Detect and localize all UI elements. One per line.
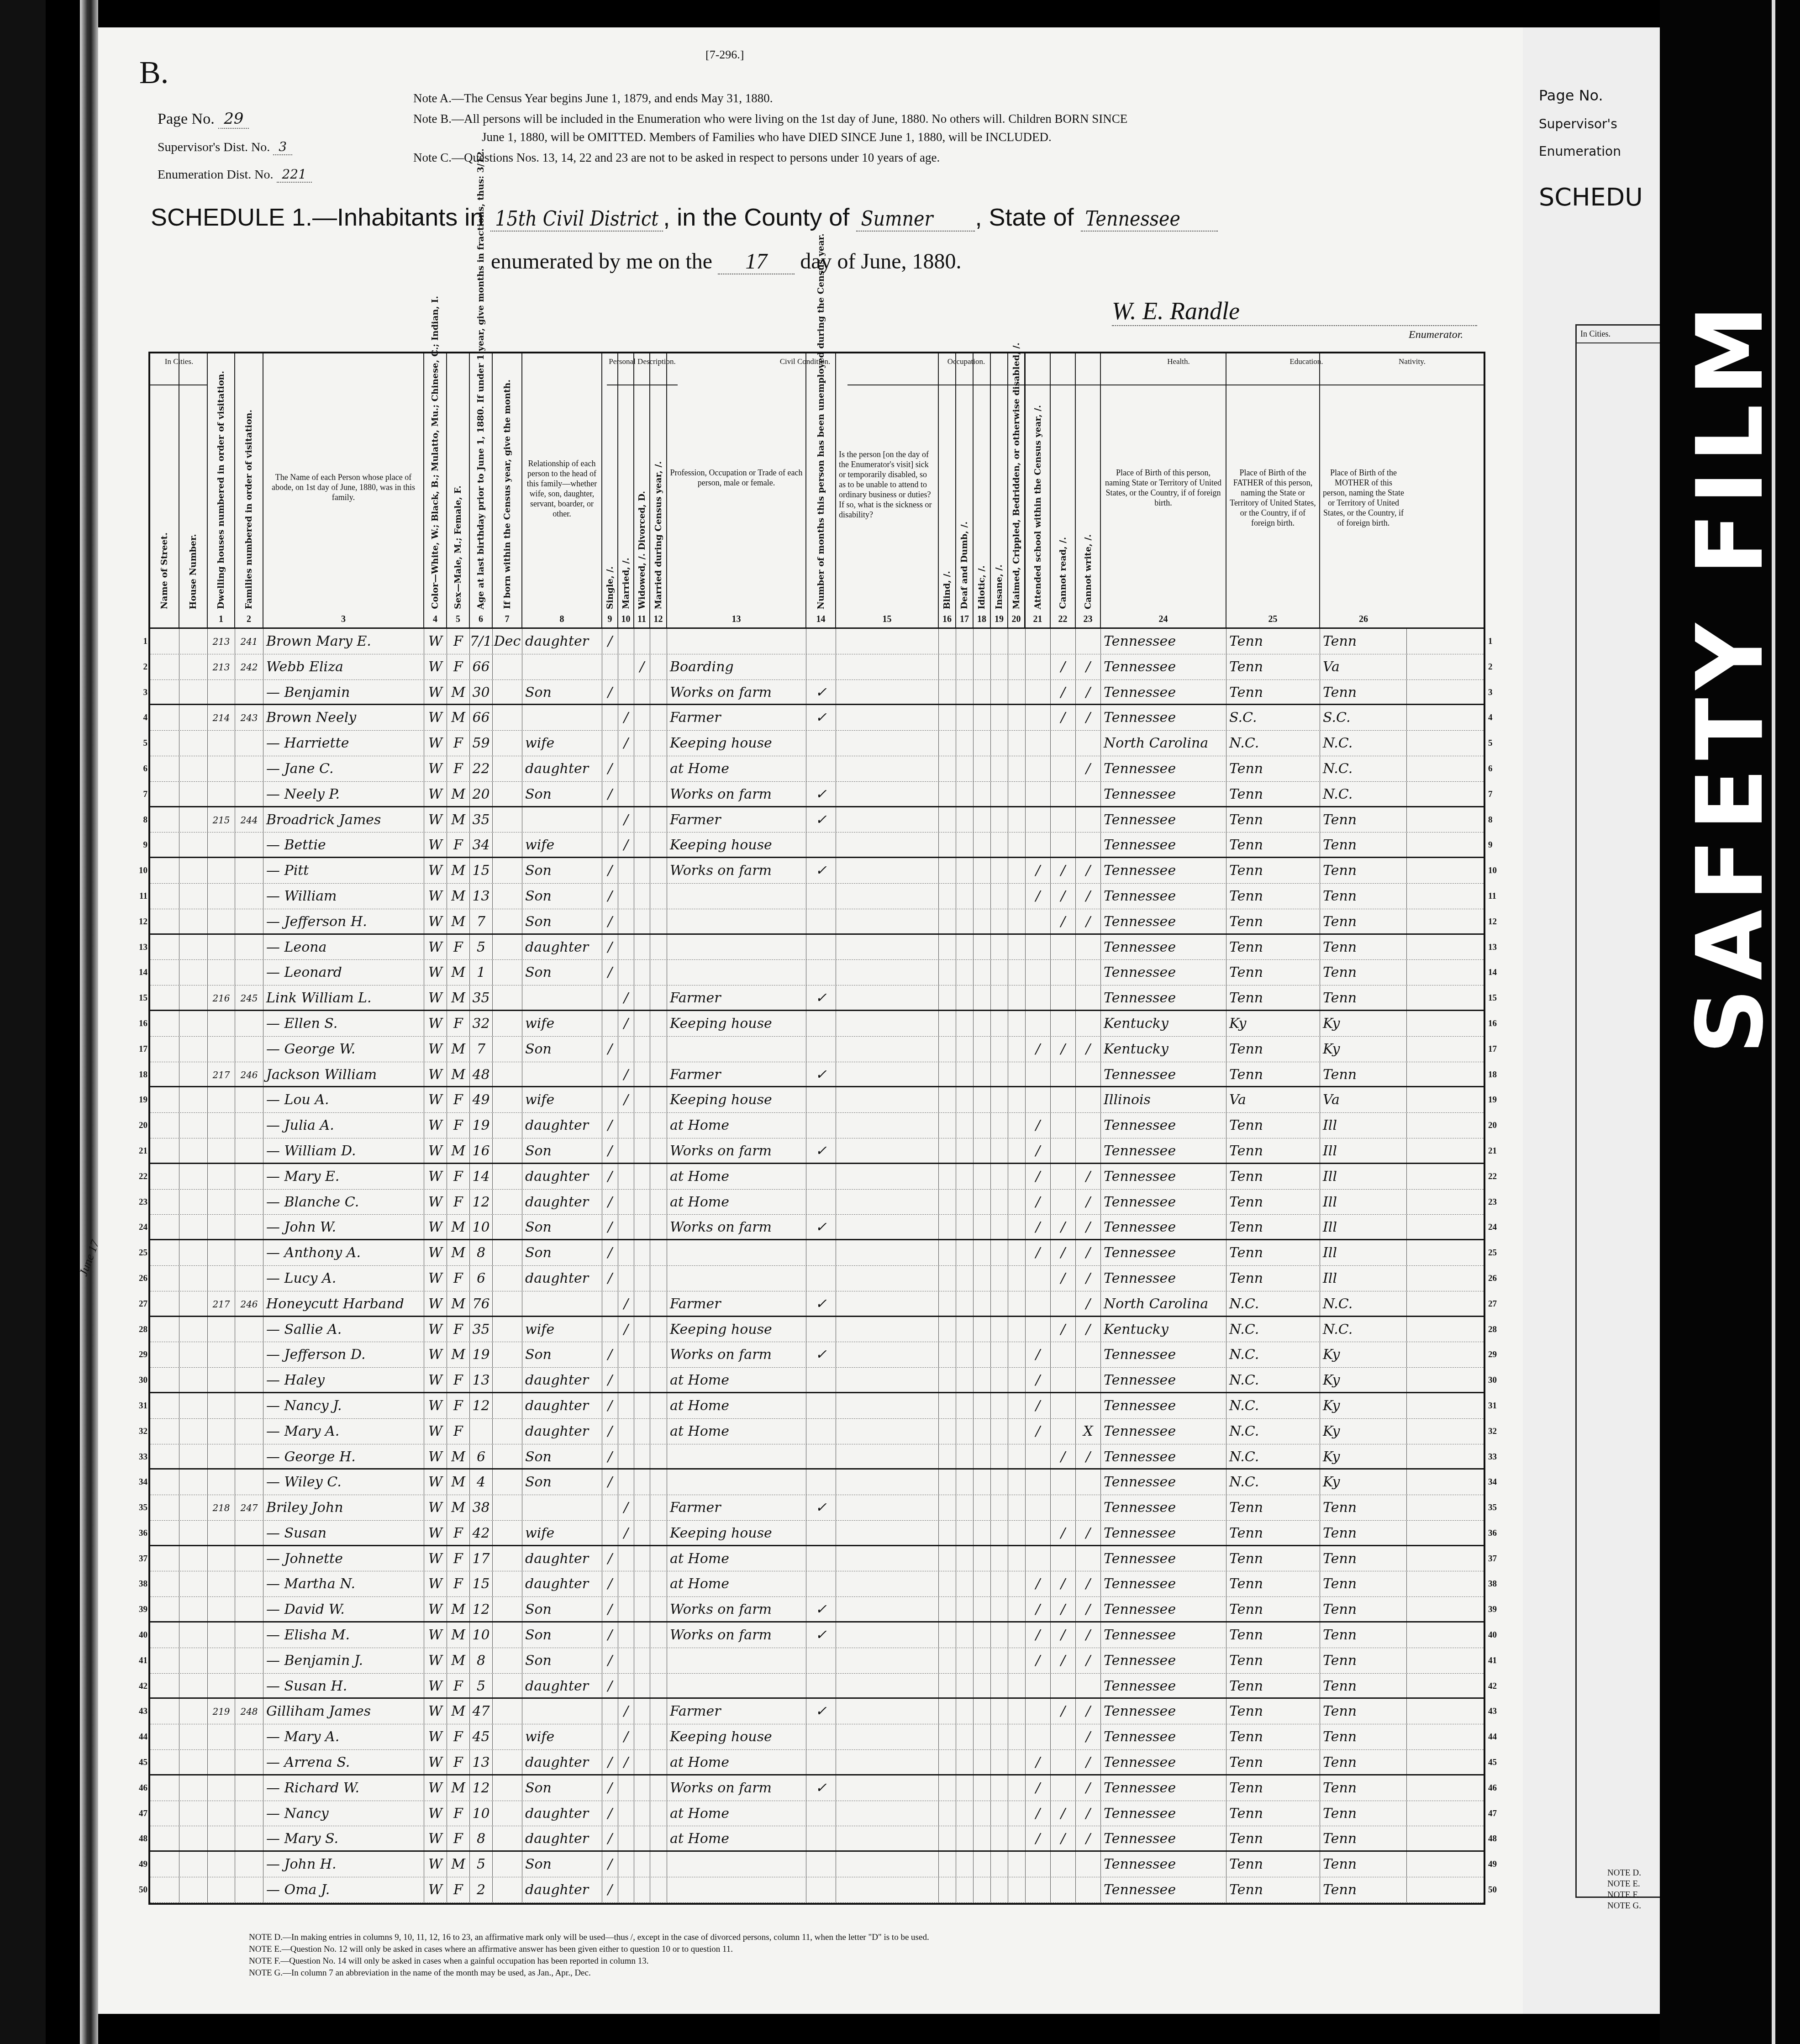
enumeration-date: enumerated by me on the 17 day of June, … [491, 249, 961, 274]
cell-birth: Tennessee [1101, 985, 1226, 1010]
cell-married: / [618, 1724, 634, 1749]
cell-single [602, 1087, 618, 1112]
cell-house [179, 1571, 208, 1596]
cell-sick [836, 1240, 939, 1265]
adjacent-table: In Cities. [1575, 324, 1661, 1898]
cell-insane [991, 1877, 1008, 1902]
cell-mcy [650, 1164, 667, 1189]
cell-dw [208, 1546, 235, 1571]
cell-mcy [650, 1062, 667, 1086]
cell-mother: Tenn [1320, 807, 1407, 832]
cell-age: 49 [470, 1087, 493, 1112]
cell-maimed [1008, 1368, 1026, 1392]
cell-write: / [1076, 680, 1101, 704]
cell-sex: M [447, 1495, 470, 1520]
cell-name: — Lou A. [263, 1087, 424, 1112]
cell-fam [235, 1801, 263, 1826]
cell-father: Tenn [1226, 985, 1320, 1010]
cell-maimed [1008, 1215, 1026, 1239]
cell-birth: Tennessee [1101, 1648, 1226, 1673]
cell-dw [208, 1648, 235, 1673]
cell-mother: Tenn [1320, 1852, 1407, 1877]
cell-mcy [650, 1291, 667, 1316]
cell-read [1051, 1393, 1076, 1418]
cell-name: — Sallie A. [263, 1317, 424, 1342]
row-number-right: 21 [1488, 1138, 1504, 1164]
cell-father: Tenn [1226, 1750, 1320, 1774]
cell-dw [208, 1597, 235, 1621]
cell-widowed [634, 1571, 650, 1596]
col-relationship: Relationship of each person to the head … [522, 353, 602, 627]
row-number: 24 [132, 1215, 147, 1240]
cell-father: Tenn [1226, 1648, 1320, 1673]
cell-street [150, 1623, 179, 1648]
cell-unemp: ✓ [806, 1342, 836, 1367]
table-row: 4343219248Gilliham JamesWM47/Farmer✓//Te… [150, 1699, 1484, 1724]
cell-occ [667, 1444, 806, 1469]
cell-maimed [1008, 807, 1026, 832]
row-number: 37 [132, 1546, 147, 1572]
cell-idiot [974, 832, 991, 857]
cell-father: Tenn [1226, 1240, 1320, 1265]
cell-widowed [634, 909, 650, 933]
cell-unemp [806, 1317, 836, 1342]
cell-school [1026, 1317, 1051, 1342]
cell-married [618, 1266, 634, 1291]
cell-color: W [424, 705, 447, 730]
row-number-right: 44 [1488, 1724, 1504, 1750]
row-number-right: 35 [1488, 1495, 1504, 1521]
cell-fam [235, 1724, 263, 1749]
cell-single: / [602, 1266, 618, 1291]
cell-occ: at Home [667, 1368, 806, 1392]
cell-deaf [956, 782, 974, 806]
cell-rel [522, 985, 602, 1010]
cell-name: — Arrena S. [263, 1750, 424, 1774]
enumeration-dist: Enumeration Dist. No. 221 [158, 167, 312, 182]
cell-street [150, 680, 179, 704]
cell-street [150, 1113, 179, 1138]
cell-mother: Ky [1320, 1393, 1407, 1418]
cell-sick [836, 756, 939, 781]
cell-house [179, 1546, 208, 1571]
cell-maimed [1008, 1521, 1026, 1545]
adjacent-enumeration-label: Enumeration [1539, 144, 1621, 159]
cell-name: — David W. [263, 1597, 424, 1621]
cell-write: / [1076, 1597, 1101, 1621]
cell-widowed [634, 1877, 650, 1902]
cell-street [150, 960, 179, 985]
cell-mcy [650, 807, 667, 832]
cell-fam [235, 1393, 263, 1418]
cell-idiot [974, 935, 991, 960]
cell-idiot [974, 1699, 991, 1724]
cell-write: / [1076, 1623, 1101, 1648]
cell-deaf [956, 1571, 974, 1596]
col-unemployed: Number of months this person has been un… [806, 353, 836, 627]
cell-house [179, 807, 208, 832]
cell-rel: Son [522, 1775, 602, 1801]
cell-blind [939, 1317, 956, 1342]
cell-deaf [956, 1623, 974, 1648]
cell-single [602, 731, 618, 756]
row-number: 31 [132, 1393, 147, 1419]
cell-month [493, 1750, 522, 1774]
cell-house [179, 1368, 208, 1392]
row-number: 6 [132, 756, 147, 782]
cell-sex: M [447, 858, 470, 883]
cell-school [1026, 985, 1051, 1010]
cell-married [618, 1444, 634, 1469]
row-number: 50 [132, 1877, 147, 1903]
cell-street [150, 1750, 179, 1774]
cell-write: / [1076, 1648, 1101, 1673]
cell-write [1076, 1852, 1101, 1877]
cell-maimed [1008, 1826, 1026, 1850]
cell-father: Va [1226, 1087, 1320, 1112]
cell-sex: M [447, 1623, 470, 1648]
cell-mother: Tenn [1320, 1724, 1407, 1749]
cell-dw [208, 884, 235, 909]
cell-idiot [974, 629, 991, 654]
cell-name: — Mary E. [263, 1164, 424, 1189]
cell-house [179, 1011, 208, 1036]
cell-month [493, 1113, 522, 1138]
cell-age: 13 [470, 1750, 493, 1774]
cell-widowed [634, 935, 650, 960]
cell-birth: Kentucky [1101, 1011, 1226, 1036]
cell-father: Tenn [1226, 1138, 1320, 1163]
cell-mcy [650, 782, 667, 806]
cell-mother: Tenn [1320, 1750, 1407, 1774]
cell-mcy [650, 1317, 667, 1342]
cell-maimed [1008, 1495, 1026, 1520]
cell-read [1051, 756, 1076, 781]
cell-house [179, 782, 208, 806]
cell-rel [522, 1699, 602, 1724]
cell-sick [836, 1775, 939, 1801]
row-number-right: 24 [1488, 1215, 1504, 1240]
cell-color: W [424, 1240, 447, 1265]
cell-sex: F [447, 1087, 470, 1112]
cell-age: 2 [470, 1877, 493, 1902]
cell-fam: 243 [235, 705, 263, 730]
cell-dw [208, 1623, 235, 1648]
cell-mother: Tenn [1320, 1521, 1407, 1545]
cell-widowed [634, 1062, 650, 1086]
cell-unemp [806, 1419, 836, 1444]
cell-unemp [806, 654, 836, 680]
cell-occ: at Home [667, 1113, 806, 1138]
note-a: Note A.—The Census Year begins June 1, 1… [413, 91, 773, 105]
note-f: NOTE F.—Question No. 14 will only be ask… [249, 1955, 929, 1967]
cell-insane [991, 1266, 1008, 1291]
cell-month [493, 1623, 522, 1648]
cell-fam [235, 756, 263, 781]
cell-sick [836, 654, 939, 680]
cell-age: 48 [470, 1062, 493, 1086]
cell-father: Tenn [1226, 1801, 1320, 1826]
row-number-right: 30 [1488, 1368, 1504, 1393]
cell-insane [991, 884, 1008, 909]
row-number: 32 [132, 1419, 147, 1444]
row-number: 38 [132, 1571, 147, 1597]
cell-sex: M [447, 1037, 470, 1062]
cell-age: 15 [470, 858, 493, 883]
cell-rel [522, 1495, 602, 1520]
cell-dw [208, 756, 235, 781]
row-number-right: 19 [1488, 1087, 1504, 1113]
cell-write [1076, 1393, 1101, 1418]
cell-father: Tenn [1226, 1495, 1320, 1520]
cell-father: N.C. [1226, 1368, 1320, 1392]
cell-blind [939, 705, 956, 730]
cell-name: — John W. [263, 1215, 424, 1239]
cell-school [1026, 731, 1051, 756]
cell-rel: daughter [522, 1164, 602, 1189]
cell-mother: Tenn [1320, 960, 1407, 985]
cell-age: 12 [470, 1775, 493, 1801]
cell-fam [235, 1113, 263, 1138]
cell-widowed [634, 960, 650, 985]
col-birth-month: If born within the Census year, give the… [493, 353, 522, 627]
cell-age: 7 [470, 909, 493, 933]
cell-idiot [974, 1113, 991, 1138]
cell-dw: 215 [208, 807, 235, 832]
cell-unemp: ✓ [806, 1597, 836, 1621]
cell-widowed [634, 782, 650, 806]
cell-single: / [602, 858, 618, 883]
table-row: 11213241Brown Mary E.WF7/12Decdaughter/T… [150, 629, 1484, 654]
cell-mother: Tenn [1320, 858, 1407, 883]
cell-name: Briley John [263, 1495, 424, 1520]
cell-house [179, 1674, 208, 1698]
cell-mcy [650, 1037, 667, 1062]
cell-sick [836, 807, 939, 832]
cell-occ: Boarding [667, 654, 806, 680]
cell-house [179, 1877, 208, 1902]
form-code: [7-296.] [705, 48, 744, 62]
cell-idiot [974, 1087, 991, 1112]
cell-single [602, 985, 618, 1010]
cell-street [150, 807, 179, 832]
cell-color: W [424, 1266, 447, 1291]
cell-blind [939, 1368, 956, 1392]
cell-write: / [1076, 909, 1101, 933]
cell-dw [208, 1470, 235, 1495]
cell-father: Tenn [1226, 1190, 1320, 1215]
cell-deaf [956, 1648, 974, 1673]
cell-father: S.C. [1226, 705, 1320, 730]
table-row: 4444— Mary A.WF45wife/Keeping house/Tenn… [150, 1724, 1484, 1750]
cell-mother: Tenn [1320, 1546, 1407, 1571]
row-number: 9 [132, 832, 147, 858]
table-row: 77— Neely P.WM20Son/Works on farm✓Tennes… [150, 782, 1484, 807]
cell-mother: Tenn [1320, 884, 1407, 909]
cell-deaf [956, 1087, 974, 1112]
cell-sick [836, 1342, 939, 1367]
cell-name: — Bettie [263, 832, 424, 857]
cell-write: / [1076, 1775, 1101, 1801]
cell-widowed [634, 1775, 650, 1801]
table-row: 4848— Mary S.WF8daughter/at Home///Tenne… [150, 1826, 1484, 1852]
cell-single [602, 705, 618, 730]
cell-widowed [634, 1317, 650, 1342]
cell-sex: M [447, 1062, 470, 1086]
cell-write: / [1076, 1801, 1101, 1826]
cell-month [493, 680, 522, 704]
cell-unemp [806, 1368, 836, 1392]
cell-school: / [1026, 1419, 1051, 1444]
cell-sex: F [447, 629, 470, 654]
cell-unemp [806, 731, 836, 756]
cell-idiot [974, 1342, 991, 1367]
col-blind: Blind, /.16 [939, 353, 956, 627]
cell-school [1026, 1266, 1051, 1291]
cell-occ: Farmer [667, 807, 806, 832]
cell-house [179, 1215, 208, 1239]
cell-read: / [1051, 1623, 1076, 1648]
cell-house [179, 1623, 208, 1648]
cell-idiot [974, 1368, 991, 1392]
cell-insane [991, 1037, 1008, 1062]
cell-maimed [1008, 1546, 1026, 1571]
table-row: 1414— LeonardWM1Son/TennesseeTennTenn [150, 960, 1484, 985]
cell-married: / [618, 832, 634, 857]
cell-rel: daughter [522, 1750, 602, 1774]
cell-unemp: ✓ [806, 1062, 836, 1086]
row-number: 17 [132, 1037, 147, 1062]
cell-unemp [806, 1674, 836, 1698]
col-cannot-read: Cannot read, /.22 [1051, 353, 1076, 627]
cell-father: Tenn [1226, 680, 1320, 704]
cell-house [179, 1190, 208, 1215]
cell-mcy [650, 1750, 667, 1774]
cell-age: 35 [470, 807, 493, 832]
cell-idiot [974, 1190, 991, 1215]
cell-fam: 247 [235, 1495, 263, 1520]
cell-age: 10 [470, 1623, 493, 1648]
cell-sick [836, 858, 939, 883]
cell-write [1076, 832, 1101, 857]
cell-widowed [634, 731, 650, 756]
cell-house [179, 1419, 208, 1444]
cell-mcy [650, 654, 667, 680]
cell-sick [836, 1648, 939, 1673]
row-number: 14 [132, 960, 147, 985]
cell-widowed [634, 1190, 650, 1215]
cell-idiot [974, 1597, 991, 1621]
cell-street [150, 832, 179, 857]
cell-widowed [634, 884, 650, 909]
cell-fam: 248 [235, 1699, 263, 1724]
cell-sex: F [447, 832, 470, 857]
cell-insane [991, 1801, 1008, 1826]
cell-birth: Tennessee [1101, 1801, 1226, 1826]
cell-blind [939, 1597, 956, 1621]
cell-mother: Tenn [1320, 1826, 1407, 1850]
table-row: 4747— NancyWF10daughter/at Home///Tennes… [150, 1801, 1484, 1827]
cell-school [1026, 705, 1051, 730]
cell-mcy [650, 1826, 667, 1850]
row-number: 16 [132, 1011, 147, 1037]
table-row: 4141— Benjamin J.WM8Son////TennesseeTenn… [150, 1648, 1484, 1674]
cell-month [493, 1775, 522, 1801]
cell-insane [991, 1317, 1008, 1342]
cell-rel: daughter [522, 1419, 602, 1444]
cell-dw [208, 1775, 235, 1801]
cell-idiot [974, 731, 991, 756]
cell-write: / [1076, 1240, 1101, 1265]
cell-father: Tenn [1226, 1623, 1320, 1648]
table-row: 4545— Arrena S.WF13daughter//at Home//Te… [150, 1750, 1484, 1775]
cell-sick [836, 1444, 939, 1469]
cell-school: / [1026, 1597, 1051, 1621]
cell-occ [667, 884, 806, 909]
cell-married [618, 1546, 634, 1571]
cell-mcy [650, 832, 667, 857]
cell-father: Tenn [1226, 1546, 1320, 1571]
cell-fam [235, 1571, 263, 1596]
cell-read: / [1051, 1317, 1076, 1342]
cell-school: / [1026, 1240, 1051, 1265]
cell-married [618, 1342, 634, 1367]
cell-fam [235, 832, 263, 857]
cell-occ: Farmer [667, 985, 806, 1010]
cell-sex: F [447, 731, 470, 756]
cell-sick [836, 1138, 939, 1163]
cell-blind [939, 832, 956, 857]
cell-mcy [650, 985, 667, 1010]
cell-color: W [424, 654, 447, 680]
cell-insane [991, 960, 1008, 985]
cell-occ: Works on farm [667, 1342, 806, 1367]
cell-insane [991, 1062, 1008, 1086]
cell-sick [836, 1801, 939, 1826]
cell-rel: daughter [522, 1393, 602, 1418]
cell-maimed [1008, 1138, 1026, 1163]
cell-birth: Tennessee [1101, 1444, 1226, 1469]
row-number-right: 18 [1488, 1062, 1504, 1088]
cell-read: / [1051, 1571, 1076, 1596]
cell-school [1026, 1852, 1051, 1877]
cell-blind [939, 1062, 956, 1086]
cell-unemp [806, 1648, 836, 1673]
cell-street [150, 654, 179, 680]
cell-school: / [1026, 1775, 1051, 1801]
cell-occ: at Home [667, 1419, 806, 1444]
cell-sex: F [447, 1266, 470, 1291]
row-number-right: 7 [1488, 782, 1504, 807]
cell-married [618, 1877, 634, 1902]
cell-dw: 217 [208, 1062, 235, 1086]
cell-month [493, 1877, 522, 1902]
cell-name: — Blanche C. [263, 1190, 424, 1215]
cell-unemp: ✓ [806, 1291, 836, 1316]
cell-mcy [650, 1393, 667, 1418]
row-number-right: 28 [1488, 1317, 1504, 1343]
row-number: 12 [132, 909, 147, 935]
cell-maimed [1008, 1623, 1026, 1648]
cell-color: W [424, 1571, 447, 1596]
cell-street [150, 1266, 179, 1291]
cell-color: W [424, 1597, 447, 1621]
row-number-right: 48 [1488, 1826, 1504, 1852]
cell-single [602, 1317, 618, 1342]
cell-deaf [956, 1852, 974, 1877]
cell-mother: Ill [1320, 1215, 1407, 1239]
cell-name: Jackson William [263, 1062, 424, 1086]
